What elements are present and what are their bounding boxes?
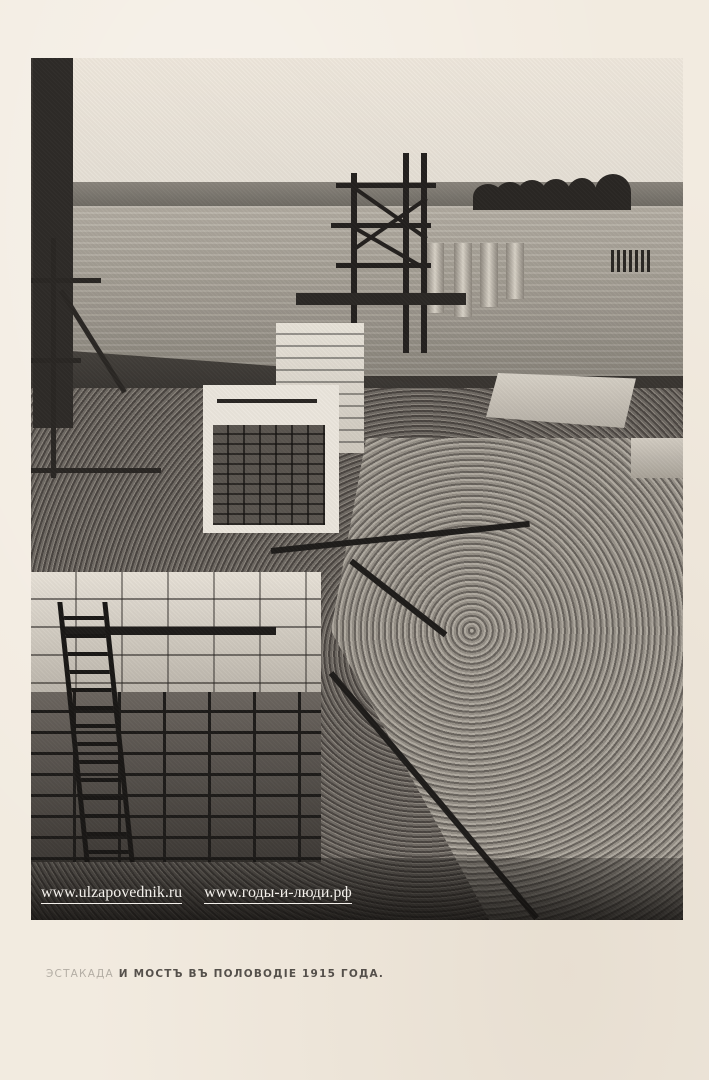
- watermark-ulzapovednik: www.ulzapovednik.ru: [41, 884, 182, 904]
- caption-text: И МОСТЪ ВЪ ПОЛОВОДІЕ 1915 ГОДА.: [119, 968, 384, 980]
- river-piers: [426, 243, 536, 323]
- watermark-gody-i-lyudi: www.годы-и-люди.рф: [204, 884, 352, 904]
- distant-bridge-arches: [473, 170, 633, 210]
- photo-caption: ЭСТАКАДА И МОСТЪ ВЪ ПОЛОВОДІЕ 1915 ГОДА.: [46, 968, 384, 980]
- pile-cluster: [611, 250, 651, 272]
- shed-roof-small: [631, 438, 683, 478]
- historical-photo: [31, 58, 683, 920]
- stone-pier-foreground: [31, 572, 321, 862]
- stone-pier-middle: [203, 385, 339, 533]
- left-scaffolding: [31, 178, 161, 478]
- watermark-links: www.ulzapovednik.ru www.годы-и-люди.рф: [41, 884, 352, 904]
- caption-faded-part: ЭСТАКАДА: [46, 968, 114, 980]
